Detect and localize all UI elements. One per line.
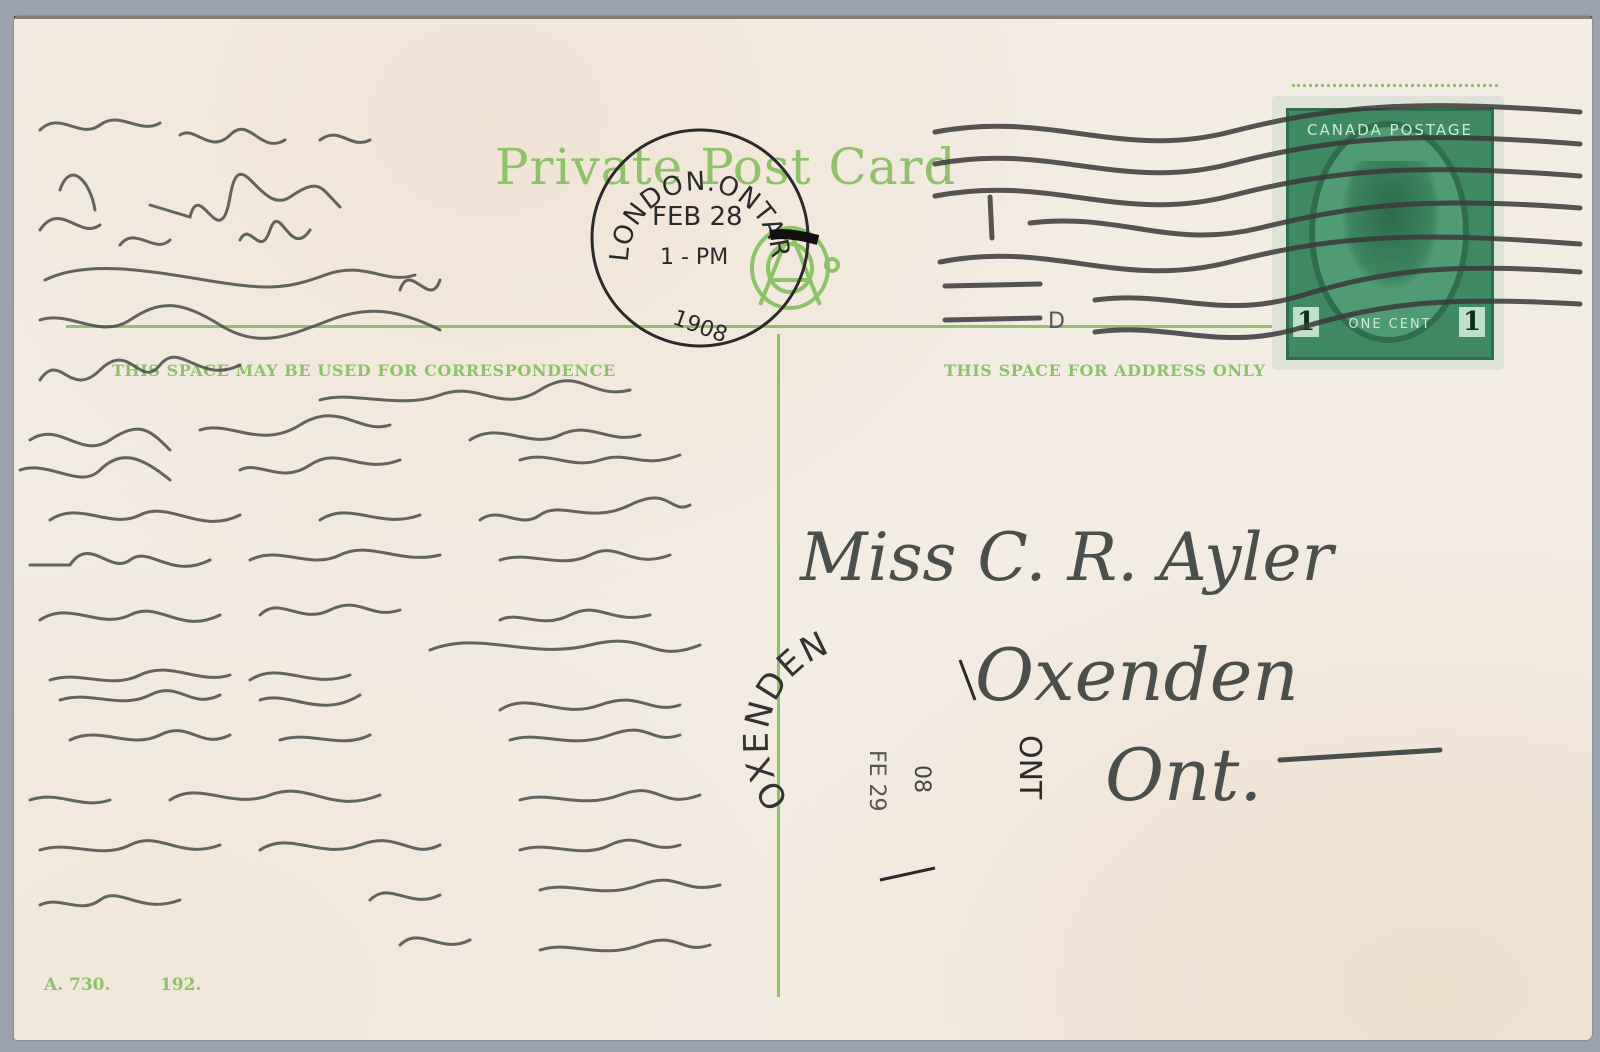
address-line-name: Miss C. R. Ayler xyxy=(799,519,1337,596)
address-line-province: Ont. xyxy=(1105,733,1262,817)
address-line-town: Oxenden xyxy=(975,633,1299,717)
address-block: Miss C. R. Ayler Oxenden Ont. xyxy=(0,0,1600,1052)
